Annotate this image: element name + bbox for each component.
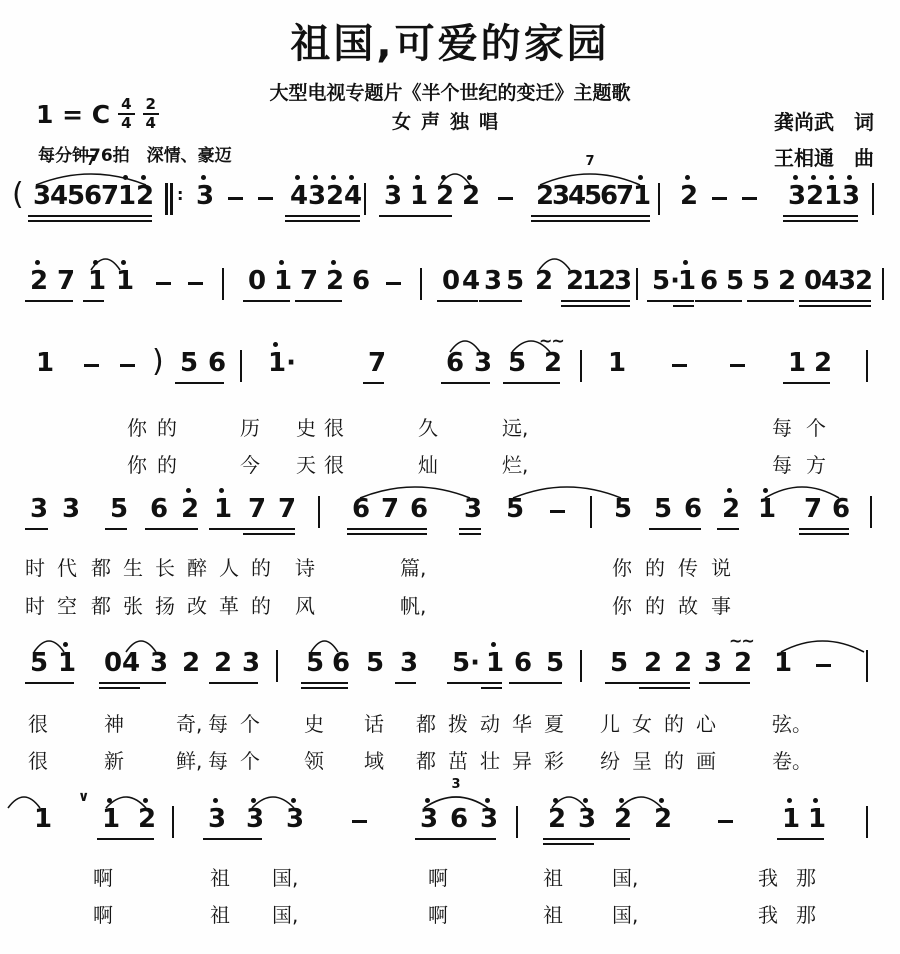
note: 3 [480,806,498,832]
lyric-syllable: 壮 [480,745,500,774]
repeat-bar [170,183,173,215]
lyric-syllable: 国, [272,862,298,891]
lyric-syllable: 张 [123,590,143,619]
beam-underline [28,220,152,222]
beam-underline [395,682,416,684]
note: 1 [274,268,292,294]
lyric-syllable: 革 [219,590,239,619]
lyric-syllable: 领 [304,745,324,774]
octave-dot [313,175,318,180]
note: 2 [680,183,698,209]
beam-underline [415,838,496,840]
beam-underline [531,220,650,222]
note: 3 [464,496,482,522]
barline [240,350,242,382]
note: 6 [700,268,718,294]
lyric-syllable: 帆, [400,590,426,619]
octave-dot [811,175,816,180]
music-line-6: 31∨12333363232211 [0,778,900,852]
lyric-syllable: 的 [645,590,665,619]
octave-dot [201,175,206,180]
note: 5 [506,496,524,522]
beam-underline [479,300,522,302]
note: 1 [788,350,806,376]
note: 4 [122,650,140,676]
note: 6 [352,268,370,294]
barline [866,650,868,682]
note: 5 [614,496,632,522]
note: 3 [384,183,402,209]
octave-dot [583,798,588,803]
time-signature-44: 4 4 [118,96,134,133]
lyric-syllable: 新 [104,745,124,774]
music-line-2: 2711017260435221235·165520432 [0,240,900,314]
lyric-syllable: 空 [57,590,77,619]
octave-dot [251,798,256,803]
duration-dash [672,364,687,367]
lyric-syllable: 的 [251,590,271,619]
lyric-syllable: 啊 [428,899,448,928]
beam-underline [203,838,262,840]
beam-underline [509,682,562,684]
octave-dot [349,175,354,180]
note: 6 [84,183,102,209]
key-signature: 1 = C 4 4 2 4 [36,96,159,133]
note: 5 [654,496,672,522]
note: 2 [138,806,156,832]
note: 3 [33,183,51,209]
octave-dot [685,175,690,180]
note: 2 [182,650,200,676]
duration-dash [816,664,831,667]
note: 5 [610,650,628,676]
note: 6 [208,350,226,376]
octave-dot [331,260,336,265]
note: 5· [452,650,480,676]
lyric-syllable: 诗 [295,552,315,581]
note: 1 [678,268,696,294]
beam-underline [459,533,481,535]
lyric-syllable: 远, [502,412,528,441]
music-line-1: 77(3456712:343243122234567123213 [0,155,900,229]
lyric-syllable: 华 [512,708,532,737]
lyric-syllable: 的 [157,449,177,478]
beam-underline [25,528,48,530]
octave-dot [659,798,664,803]
lyric-syllable: 神 [104,708,124,737]
note: 3 [614,268,632,294]
lyric-syllable: 啊 [93,862,113,891]
octave-dot [35,260,40,265]
octave-dot [727,488,732,493]
note: 1 [36,350,54,376]
lyric-syllable: 都 [416,708,436,737]
beam-underline [28,215,152,217]
phrase-paren: ( [12,180,24,210]
note: 2 [136,183,154,209]
lyric-syllable: 我 [758,862,778,891]
note: 1 [102,806,120,832]
barline [318,496,320,528]
note: 1 [782,806,800,832]
beam-underline [561,305,630,307]
octave-dot [389,175,394,180]
note: 4 [462,268,480,294]
note: 2 [214,650,232,676]
time-signature-24: 2 4 [143,96,159,133]
octave-dot [141,175,146,180]
duration-dash [498,197,513,200]
note: 2~~ [734,650,752,676]
note: 4 [50,183,68,209]
octave-dot [295,175,300,180]
music-line-5: 5104322356535·16552232~~1 [0,622,900,696]
note: 2 [814,350,832,376]
note: 2 [674,650,692,676]
note: 3 [578,806,596,832]
note: 2 [778,268,796,294]
duration-dash [718,820,733,823]
lyric-row-1: 你的历史很久远,每个 [0,412,900,444]
lyric-syllable: 很 [324,412,344,441]
note: 1 [118,183,136,209]
octave-dot [107,798,112,803]
note: 7 [368,350,386,376]
beam-underline [459,528,481,530]
barline [636,268,638,300]
note: 6 [684,496,702,522]
key-label: 1 = C [36,100,110,129]
note: 5 [110,496,128,522]
lyric-syllable: 久 [418,412,438,441]
lyric-syllable: 祖 [210,899,230,928]
lyric-syllable: 你 [127,449,147,478]
note: 7 [101,183,119,209]
lyric-syllable: 历 [240,412,260,441]
repeat-sign: : [165,183,185,215]
lyric-syllable: 画 [696,745,716,774]
lyric-syllable: 祖 [543,862,563,891]
beam-underline [543,843,594,845]
duration-dash [120,364,135,367]
octave-dot [213,798,218,803]
lyric-syllable: 说 [711,552,731,581]
note: 5 [30,650,48,676]
lyric-syllable: 长 [155,552,175,581]
note: 3 [30,496,48,522]
time-sig-denominator: 4 [121,115,131,132]
octave-dot [121,260,126,265]
beam-underline [647,300,694,302]
octave-dot [291,798,296,803]
note: 6 [450,806,468,832]
lyric-row-7: 啊祖国,啊祖国,我那 [0,862,900,894]
note: 3 [308,183,326,209]
beam-underline [673,305,694,307]
note: 5· [652,268,680,294]
beam-underline [145,528,198,530]
beam-underline [285,215,360,217]
lyric-syllable: 奇, [176,708,202,737]
octave-dot [93,260,98,265]
lyric-syllable: 每 [208,708,228,737]
beam-underline [503,382,560,384]
barline [872,183,874,215]
lyric-syllable: 人 [219,552,239,581]
barline [420,268,422,300]
lyric-syllable: 很 [28,745,48,774]
beam-underline [747,300,794,302]
lyric-syllable: 每 [772,412,792,441]
beam-underline [99,682,166,684]
note: 2~~ [544,350,562,376]
lyric-syllable: 今 [240,449,260,478]
note: 3 [400,650,418,676]
barline [590,496,592,528]
note: 2 [806,183,824,209]
note: 7 [381,496,399,522]
octave-dot [123,175,128,180]
lyricist: 龚尚武 词 [774,104,874,140]
lyric-syllable: 啊 [93,899,113,928]
repeat-bar [165,183,168,215]
duration-dash [258,197,273,200]
beam-underline [99,687,140,689]
beam-underline [83,300,104,302]
lyric-syllable: 那 [796,862,816,891]
note: 1 [758,496,776,522]
note: 2 [326,183,344,209]
mordent-mark: ~~ [539,333,564,349]
time-sig-denominator: 4 [146,115,156,132]
tuplet-number: 7 [86,154,95,169]
lyric-syllable: 故 [678,590,698,619]
note: 6 [150,496,168,522]
lyric-syllable: 的 [664,708,684,737]
lyric-syllable: 鲜, [176,745,202,774]
lyric-syllable: 卷。 [772,745,812,774]
note: 5 [752,268,770,294]
beam-underline [481,687,502,689]
octave-dot [829,175,834,180]
lyric-syllable: 呈 [632,745,652,774]
lyric-syllable: 国, [612,899,638,928]
note: 5 [726,268,744,294]
octave-dot [219,488,224,493]
lyric-syllable: 的 [251,552,271,581]
note: 3 [242,650,260,676]
lyric-syllable: 你 [127,412,147,441]
beam-underline [695,300,742,302]
beam-underline [285,220,360,222]
octave-dot [847,175,852,180]
note: 1 [58,650,76,676]
note: 6 [832,496,850,522]
note: 2 [436,183,454,209]
octave-dot [441,175,446,180]
note: 6 [352,496,370,522]
lyric-syllable: 天 [296,449,316,478]
octave-dot [553,798,558,803]
note: 3 [208,806,226,832]
note: 3 [788,183,806,209]
lyric-syllable: 的 [645,552,665,581]
lyric-row-6: 很新鲜,每个领域都茁壮异彩纷呈的画卷。 [0,745,900,777]
note: 2 [722,496,740,522]
note: 7 [278,496,296,522]
beam-underline [561,300,630,302]
note: 5 [67,183,85,209]
slur-arc [765,487,839,498]
note: 3 [474,350,492,376]
duration-dash [550,510,565,513]
lyric-syllable: 夏 [544,708,564,737]
breath-mark: ∨ [78,790,89,804]
note: 3 [838,268,856,294]
note: 7 [57,268,75,294]
lyric-syllable: 改 [187,590,207,619]
lyric-syllable: 弦。 [772,708,812,737]
note: 1 [608,350,626,376]
note: 1 [116,268,134,294]
note: 5 [306,650,324,676]
note: 4 [290,183,308,209]
barline [866,806,868,838]
slur-arc [513,487,621,498]
note: 7 [616,183,634,209]
barline [276,650,278,682]
note: 2 [181,496,199,522]
barline [658,183,660,215]
note: 1 [824,183,842,209]
lyric-syllable: 域 [364,745,384,774]
lyric-syllable: 每 [208,745,228,774]
octave-dot [331,175,336,180]
note: 2 [326,268,344,294]
duration-dash [84,364,99,367]
lyric-syllable: 篇, [400,552,426,581]
beam-underline [209,682,258,684]
lyric-syllable: 异 [512,745,532,774]
note: 1 [88,268,106,294]
music-line-3: 1)561·76352~~112 [0,322,900,396]
lyric-syllable: 国, [272,899,298,928]
lyric-syllable: 你 [612,552,632,581]
beam-underline [649,528,701,530]
lyric-syllable: 话 [364,708,384,737]
note: 0 [248,268,266,294]
barline [866,350,868,382]
note: 5 [180,350,198,376]
lyric-syllable: 传 [678,552,698,581]
note: 0 [804,268,822,294]
beam-underline [799,300,871,302]
lyric-syllable: 的 [664,745,684,774]
note: 0 [104,650,122,676]
song-title: 祖国,可爱的家园 [0,12,900,69]
lyric-syllable: 祖 [210,862,230,891]
note: 3 [196,183,214,209]
lyric-syllable: 事 [711,590,731,619]
note: 1 [214,496,232,522]
note: 3 [484,268,502,294]
lyric-syllable: 个 [806,412,826,441]
note: 3 [420,806,438,832]
lyric-syllable: 烂, [502,449,528,478]
note: 1 [486,650,504,676]
note: 2 [30,268,48,294]
lyric-syllable: 纷 [600,745,620,774]
note: 3 [246,806,264,832]
lyric-syllable: 史 [296,412,316,441]
note: 1 [410,183,428,209]
octave-dot [491,642,496,647]
barline [172,806,174,838]
lyric-syllable: 都 [91,590,111,619]
beam-underline [441,382,490,384]
note: 2 [462,183,480,209]
beam-underline [175,382,224,384]
beam-underline [295,300,342,302]
lyric-syllable: 时 [25,552,45,581]
beam-underline [301,682,348,684]
note: 1· [268,350,296,376]
lyric-syllable: 啊 [428,862,448,891]
tuplet-number: 7 [585,154,594,169]
barline [580,650,582,682]
note: 5 [366,650,384,676]
lyric-syllable: 茁 [448,745,468,774]
duration-dash [228,197,243,200]
duration-dash [712,197,727,200]
note: 6 [410,496,428,522]
duration-dash [386,282,401,285]
note: 3 [62,496,80,522]
lyric-syllable: 醉 [187,552,207,581]
beam-underline [799,305,871,307]
lyric-syllable: 那 [796,899,816,928]
beam-underline [717,528,739,530]
beam-underline [783,382,830,384]
lyric-syllable: 个 [240,745,260,774]
note: 1 [808,806,826,832]
lyric-syllable: 的 [157,412,177,441]
beam-underline [209,528,295,530]
beam-underline [243,533,295,535]
note: 0 [442,268,460,294]
beam-underline [25,300,73,302]
octave-dot [787,798,792,803]
lyric-syllable: 心 [696,708,716,737]
note: 5 [546,650,564,676]
lyric-syllable: 动 [480,708,500,737]
duration-dash [352,820,367,823]
note: 2 [644,650,662,676]
octave-dot [467,175,472,180]
beam-underline [783,220,858,222]
note: 1 [774,650,792,676]
octave-dot [186,488,191,493]
note: 4 [821,268,839,294]
beam-underline [639,687,690,689]
octave-dot [425,798,430,803]
octave-dot [813,798,818,803]
beam-underline [699,682,750,684]
beam-underline [379,215,452,217]
repeat-dots: : [177,185,183,204]
time-sig-numerator: 4 [118,96,134,115]
lyric-syllable: 祖 [543,899,563,928]
